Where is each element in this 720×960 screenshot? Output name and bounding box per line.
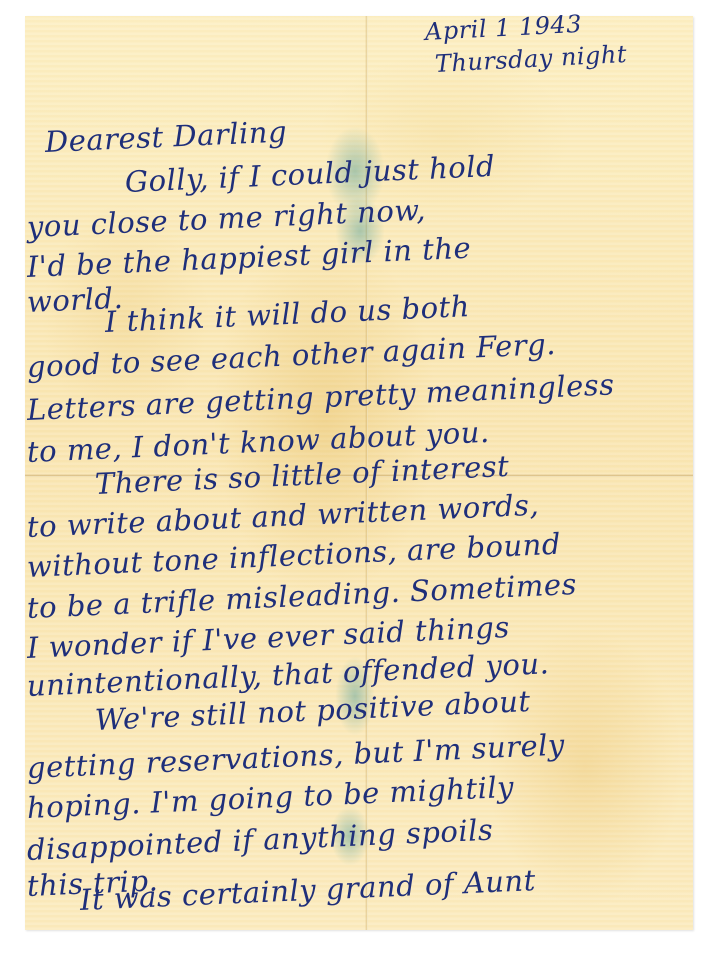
letter-line: I think it will do us both — [104, 292, 470, 337]
salutation: Dearest Darling — [44, 117, 287, 157]
letter-day: Thursday night — [434, 42, 627, 76]
letter-date: April 1 1943 — [424, 12, 582, 44]
letter-line: Golly, if I could just hold — [124, 152, 495, 197]
letter-line: disappointed if anything spoils — [26, 816, 493, 865]
letter-paper: April 1 1943 Thursday night Dearest Darl… — [25, 16, 693, 930]
